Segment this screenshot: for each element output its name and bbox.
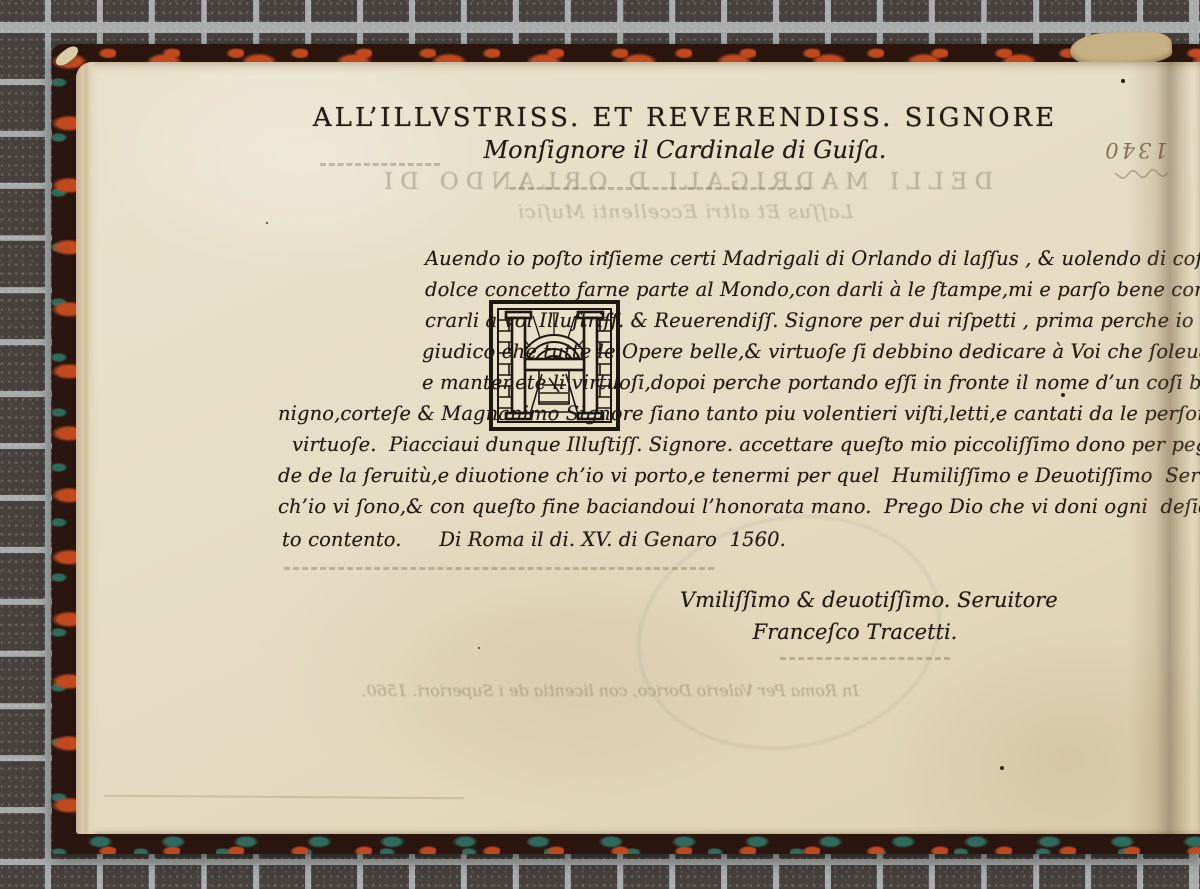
body-line: giudico che tutte le Opere belle,& virtu… [422,340,1200,363]
body-line: de de la ſeruitù,e diuotione ch’io vi po… [278,464,1200,487]
body-line: virtuoſe. Piacciaui dunque Illuſtiſſ. Si… [292,433,1200,456]
page-gutter-fold [1128,62,1200,834]
bleedthrough-dashes [780,657,950,660]
body-line: nigno,corteſe & Magnanimo Signore ſiano … [278,402,1200,425]
body-line: crarli à voi Illuſtriſſ. & Reuerendiſſ. … [425,309,1194,332]
book: ALL’ILLVSTRISS. ET REVERENDISS. SIGNORE … [52,44,1200,854]
bleedthrough-title-caps: DELLI MADRIGALI D ORLANDO DI [260,169,1110,195]
body-line: Auendo io poſto inſieme certi Madrigali … [425,247,1200,270]
leaf-edge-line [104,795,464,800]
body-line: dolce concetto farne parte al Mondo,con … [425,278,1200,301]
dedication-page: ALL’ILLVSTRISS. ET REVERENDISS. SIGNORE … [76,62,1200,834]
bleedthrough-dashes [320,163,440,166]
grid-cutting-mat: ALL’ILLVSTRISS. ET REVERENDISS. SIGNORE … [0,0,1200,889]
bleedthrough-title-italic: Laſſus Et altri Eccellenti Muſici [260,201,1110,223]
body-line: ch’io vi ſono,& con queſto fine baciando… [278,495,1200,518]
page-left-edges [76,62,98,834]
bleedthrough-dashes [284,567,714,570]
body-line-dateline: to contento. Di Roma il di. XV. di Genar… [282,528,786,551]
ink-specks [76,62,78,64]
worn-corner-thread [53,43,81,68]
signature: Franceſco Tracetti. [680,620,1030,644]
dedication-subheading: Monſignore il Cardinale di Guiſa. [260,136,1110,164]
printed-text-block: ALL’ILLVSTRISS. ET REVERENDISS. SIGNORE … [260,95,1110,795]
dedication-heading: ALL’ILLVSTRISS. ET REVERENDISS. SIGNORE [260,103,1110,133]
body-line: e mantenete li virtuoſi,dopoi perche por… [422,371,1200,394]
valediction: Vmiliſſimo & deuotiſſimo. Seruitore [680,588,1030,612]
bleedthrough-imprint: In Roma Per Valerio Dorico, con licentia… [300,681,920,700]
